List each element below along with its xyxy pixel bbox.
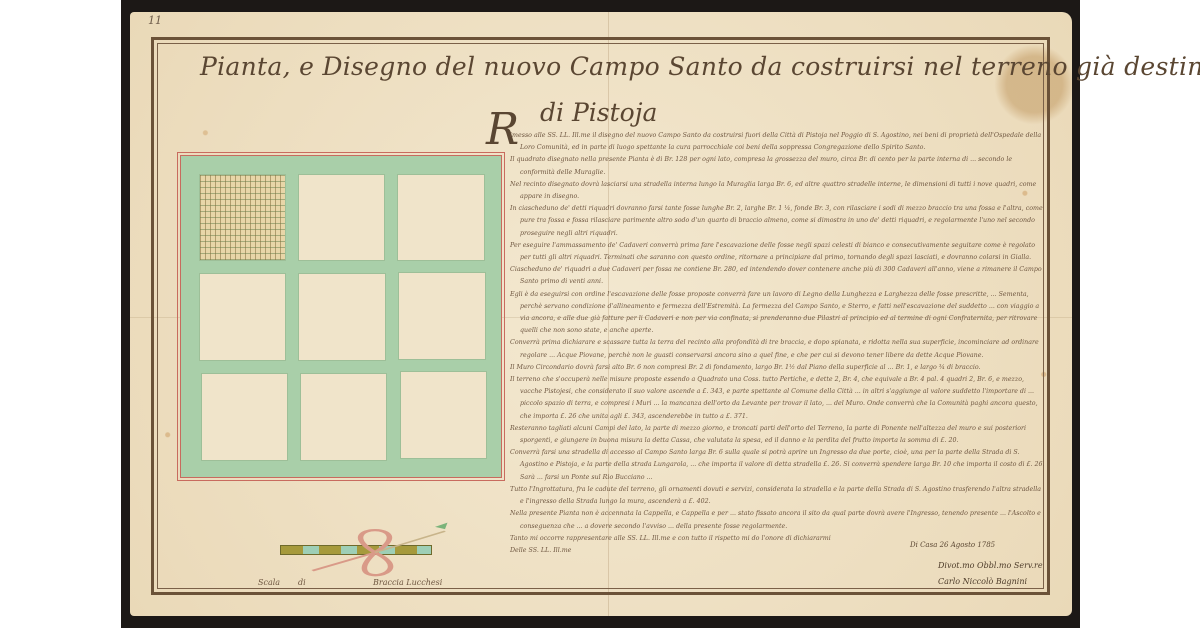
scale-label-right: Braccia Lucchesi bbox=[373, 578, 442, 587]
paragraph: Resteranno tagliati alcuni Campi del lat… bbox=[508, 423, 1046, 447]
folio-number: 11 bbox=[148, 14, 162, 27]
paragraph: imesso alle SS. LL. Ill.me il disegno de… bbox=[508, 130, 1046, 154]
plot bbox=[298, 174, 385, 261]
paragraph: Ciascheduno de' riquadri a due Cadaveri … bbox=[508, 264, 1046, 288]
plot bbox=[397, 174, 485, 261]
plot bbox=[298, 273, 386, 361]
plot bbox=[400, 371, 487, 459]
report-text: imesso alle SS. LL. Ill.me il disegno de… bbox=[508, 130, 1046, 550]
plot bbox=[300, 373, 387, 461]
paragraph: Converrà farsi una stradella di accesso … bbox=[508, 447, 1046, 484]
paragraph: Tutto l'Ingrottatura, fra le cadute del … bbox=[508, 484, 1046, 508]
plot bbox=[201, 373, 288, 461]
scale-label-left: Scala bbox=[258, 578, 280, 587]
plot bbox=[398, 272, 486, 360]
cemetery-plan bbox=[180, 155, 502, 478]
paragraph: Per eseguire l'ammassamento de' Cadaveri… bbox=[508, 240, 1046, 264]
paragraph: Il terreno che s'occuperà nelle misure p… bbox=[508, 374, 1046, 423]
plot bbox=[199, 273, 286, 361]
signature-line-2: Carlo Niccolò Bagnini bbox=[938, 577, 1027, 586]
paragraph: Egli è da eseguirsi con ordine l'escavaz… bbox=[508, 289, 1046, 338]
paragraph: Converrà prima dichiarare e scassare tut… bbox=[508, 337, 1046, 361]
scale-label-mid: di bbox=[298, 578, 306, 587]
paragraph: Nel recinto disegnato dovrà lasciarsi un… bbox=[508, 179, 1046, 203]
paragraph: In ciascheduno de' detti riquadri dovran… bbox=[508, 203, 1046, 240]
plot-hatched-graves bbox=[199, 174, 286, 261]
title-line-1: Pianta, e Disegno del nuovo Campo Santo … bbox=[200, 52, 1000, 81]
signature-line-1: Divot.mo Obbl.mo Serv.re bbox=[938, 561, 1043, 570]
paragraph: Il quadrato disegnato nella presente Pia… bbox=[508, 154, 1046, 178]
title-line-2: di Pistoja bbox=[540, 98, 657, 127]
date-line: Di Casa 26 Agosto 1785 bbox=[910, 541, 995, 549]
paragraph: Nella presente Pianta non è accennata la… bbox=[508, 508, 1046, 532]
paragraph: Il Muro Circondario dovrà farsi alto Br.… bbox=[508, 362, 1046, 374]
